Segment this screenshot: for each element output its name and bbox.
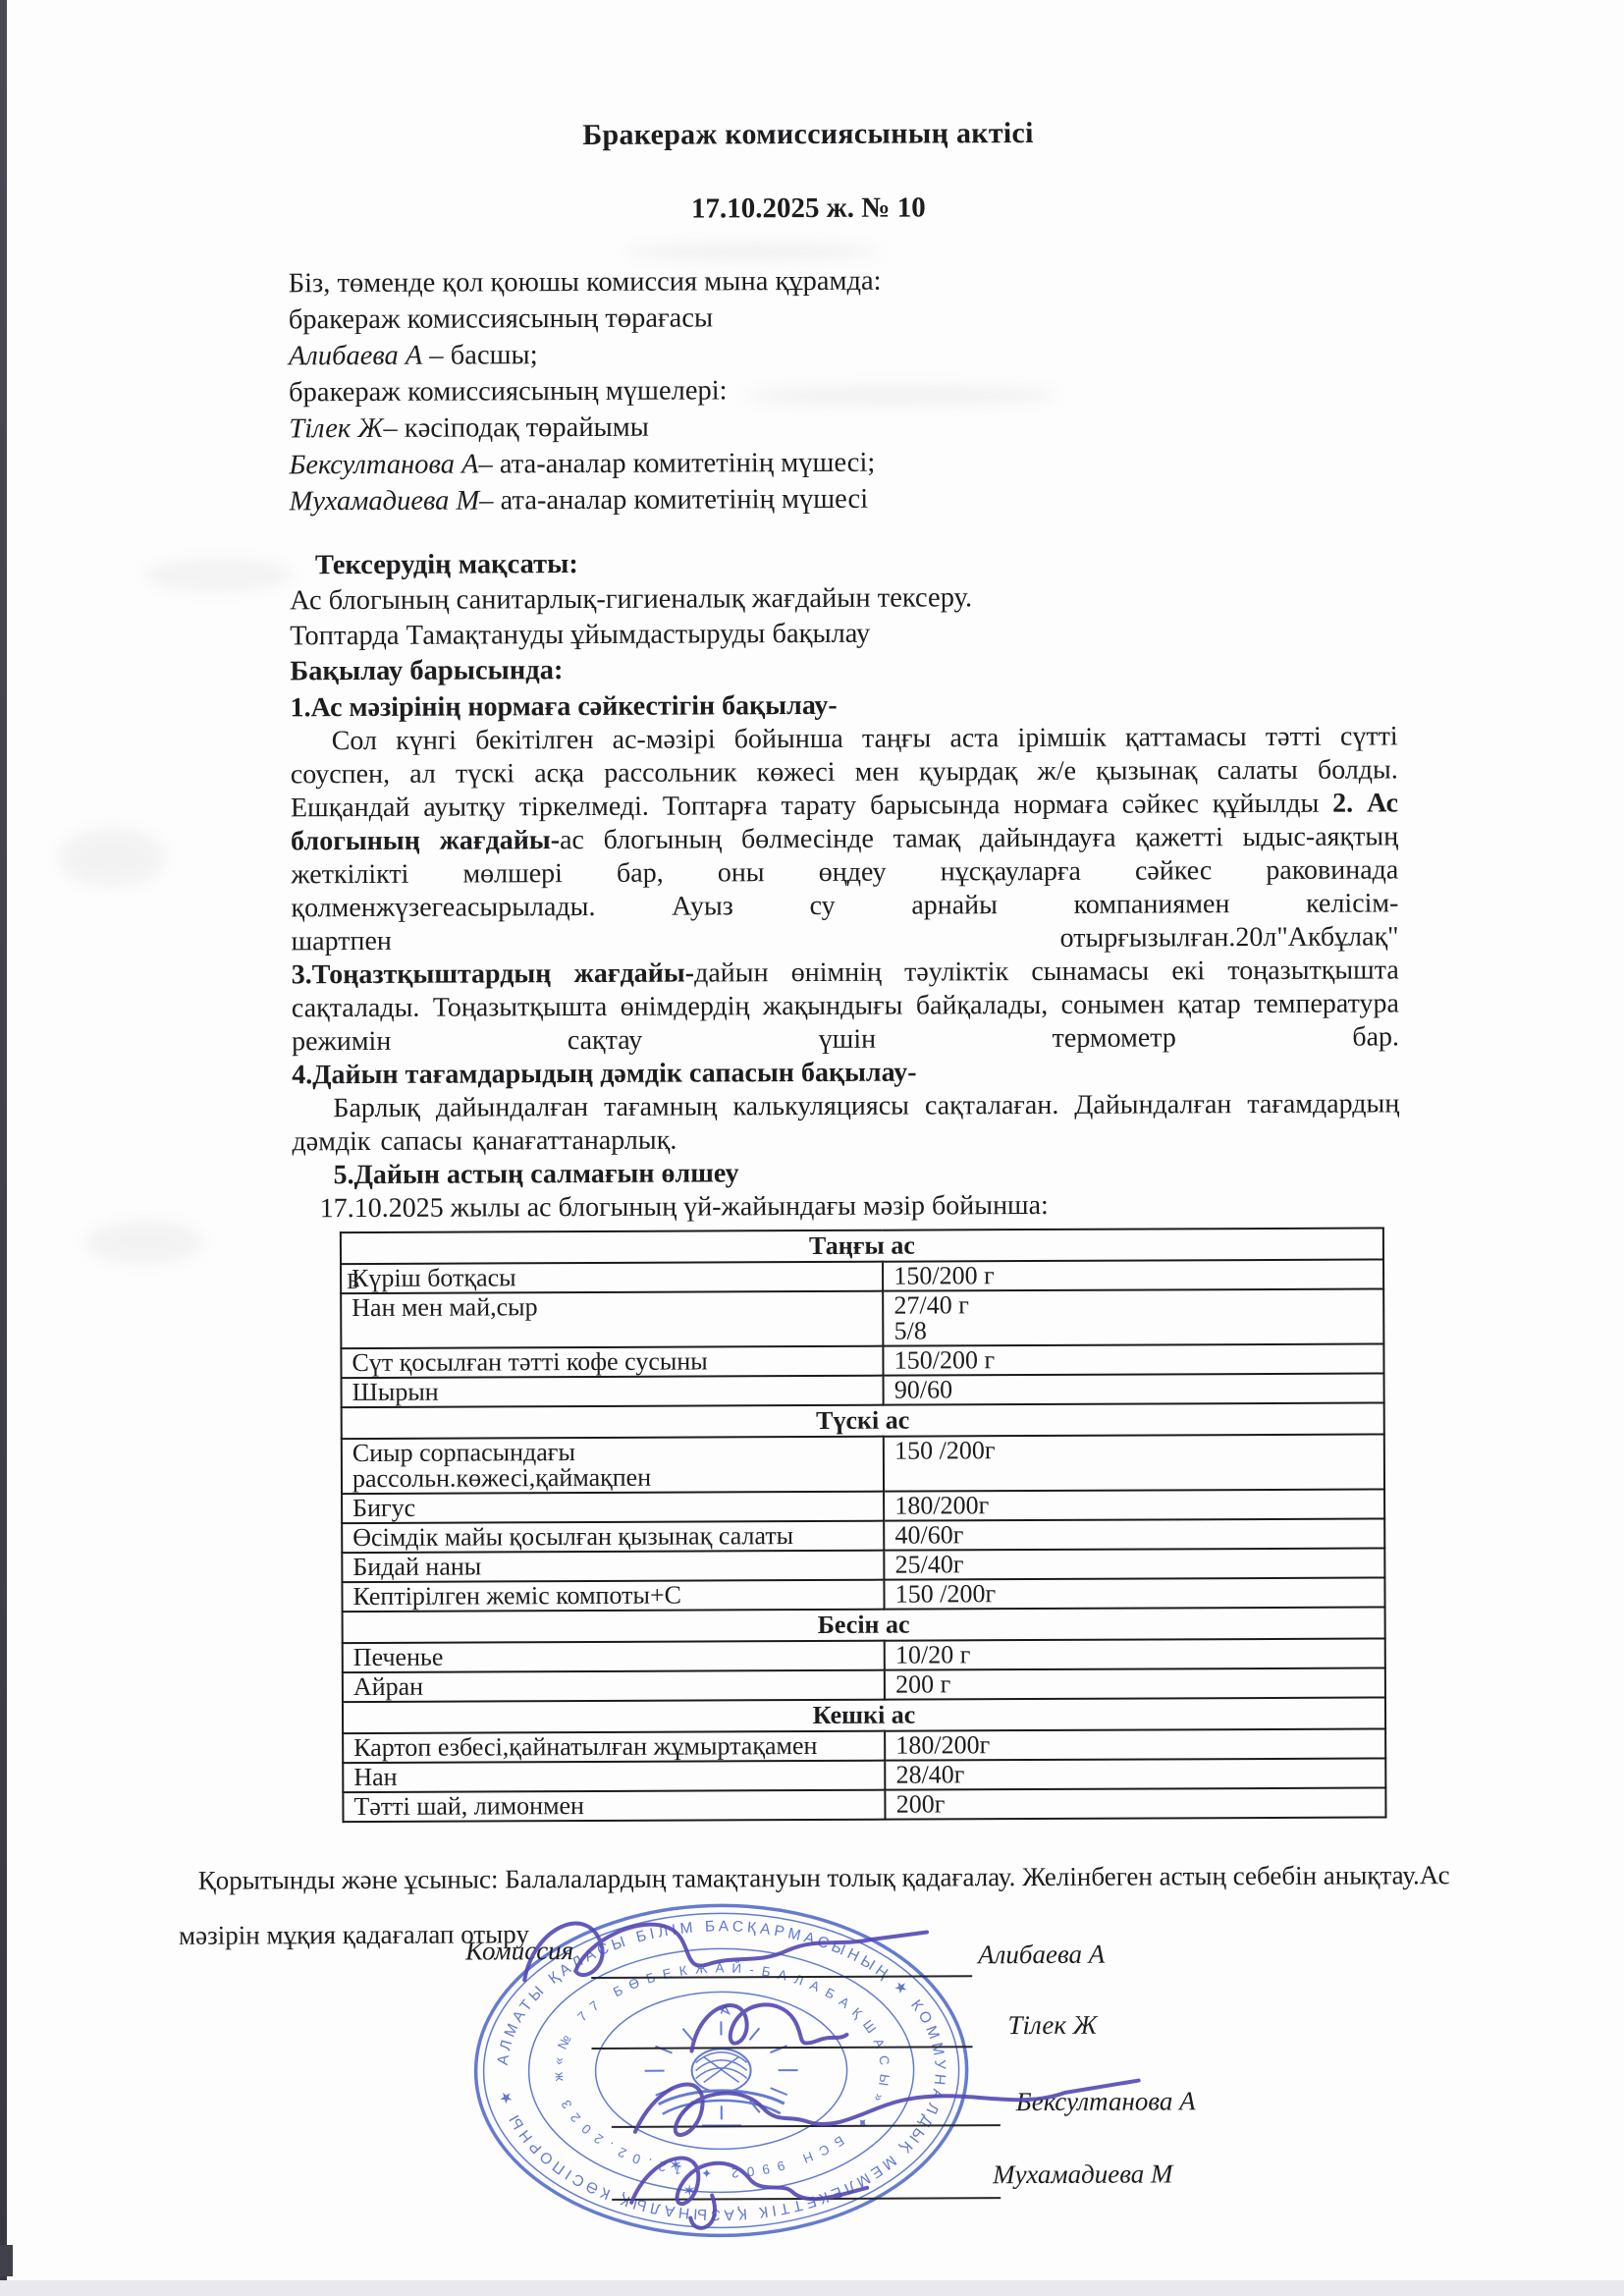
- member-role: – ата-аналар комитетінің мүшесі: [479, 484, 868, 517]
- portion-cell: 25/40г: [885, 1548, 1385, 1579]
- table-row: Сиыр сорпасындағы рассольн.көжесі,қаймақ…: [342, 1434, 1384, 1494]
- dish-cell: Айран: [343, 1670, 885, 1702]
- section-3-paragraph: 3.Тоңазтқыштардың жағдайы-дайын өнімнің …: [292, 954, 1399, 1059]
- document-title: Бракераж комиссиясының актісі: [0, 114, 1620, 154]
- section-4-heading: 4.Дайын тағамдарыдың дәмдік сапасын бақы…: [292, 1054, 1399, 1092]
- table-row: Нан28/40г: [343, 1758, 1385, 1792]
- table-row: Айран200 г: [343, 1667, 1385, 1702]
- signature-ink-4: [631, 2158, 867, 2205]
- table-row: Нан мен май,сыр27/40 г 5/8: [341, 1288, 1383, 1348]
- section-4-paragraph: Барлық дайындалған тағамның калькуляцияс…: [292, 1087, 1399, 1159]
- document-header: Бракераж комиссиясының актісі 17.10.2025…: [0, 114, 1620, 228]
- dish-cell: Өсімдік майы қосылған қызынақ салаты: [342, 1521, 884, 1553]
- table-row: Картоп езбесі,қайнатылған жұмыртақамен18…: [343, 1728, 1385, 1763]
- table-row: Кептірілген жеміс компоты+С150 /200г: [342, 1577, 1384, 1612]
- member-line: Бексултанова А– ата-аналар комитетінің м…: [289, 442, 1398, 483]
- dish-cell: Тәтті шай, лимонмен: [343, 1790, 885, 1822]
- table-row: Бидай наны25/40г: [342, 1548, 1384, 1582]
- chair-name: Алибаева А: [289, 341, 422, 372]
- table-row: Күріш ботқасы150/200 г: [341, 1259, 1383, 1293]
- portion-cell: 27/40 г 5/8: [883, 1288, 1383, 1345]
- control-heading: Бақылау барысында:: [290, 649, 1399, 689]
- member-line: Тілек Ж– кәсіподақ төрайымы: [289, 406, 1398, 447]
- dish-cell: Күріш ботқасы: [341, 1262, 883, 1293]
- chair-label: бракераж комиссиясының төрағасы: [289, 297, 1398, 338]
- commission-intro: Біз, төменде қол қоюшы комиссия мына құр…: [289, 260, 1399, 519]
- dish-cell: Сиыр сорпасындағы рассольн.көжесі,қаймақ…: [342, 1437, 884, 1494]
- member-role: – кәсіподақ төрайымы: [383, 412, 649, 444]
- menu-section-title: Кешкі ас: [343, 1697, 1385, 1733]
- menu-section-title: Бесін ас: [343, 1607, 1385, 1643]
- section-2-tail-right: отырғызылған.20л"Акбұлақ": [1060, 920, 1399, 956]
- scan-smudge: [624, 242, 880, 262]
- section-1-2-paragraph: Сол күнгі бекітілген ас-мәзірі бойынша т…: [291, 720, 1399, 925]
- purpose-line: Топтарда Тамақтануды ұйымдастыруды бақыл…: [290, 614, 1399, 654]
- members-label: бракераж комиссиясының мүшелері:: [289, 369, 1398, 410]
- portion-cell: 28/40г: [885, 1758, 1385, 1789]
- table-row: Бигус180/200г: [342, 1489, 1384, 1523]
- portion-cell: 150 /200г: [885, 1577, 1385, 1609]
- scan-smudge: [145, 558, 293, 592]
- portion-cell: 150/200 г: [883, 1259, 1383, 1290]
- document-content: Бракераж комиссиясының актісі 17.10.2025…: [0, 0, 1624, 2296]
- dish-cell: Нан: [343, 1761, 885, 1792]
- document-date-number: 17.10.2025 ж. № 10: [0, 189, 1620, 228]
- section-1-text: Сол күнгі бекітілген ас-мәзірі бойынша т…: [291, 721, 1398, 823]
- table-row: Өсімдік майы қосылған қызынақ салаты40/6…: [342, 1518, 1384, 1553]
- table-row: Шырын90/60: [342, 1373, 1384, 1407]
- chair-line: Алибаева А – басшы;: [289, 333, 1398, 374]
- member-role: – ата-аналар комитетінің мүшесі;: [478, 448, 875, 480]
- dish-cell: Кептірілген жеміс компоты+С: [342, 1580, 884, 1612]
- scan-edge-left: [0, 0, 7, 2280]
- member-name: Бексултанова А: [289, 449, 478, 480]
- menu-section-title: Таңғы ас: [341, 1228, 1383, 1264]
- menu-section-title: Түскі ас: [342, 1402, 1384, 1439]
- intro-opening: Біз, төменде қол қоюшы комиссия мына құр…: [289, 260, 1398, 301]
- portion-cell: 200г: [886, 1787, 1386, 1819]
- purpose-block: Тексерудің мақсаты: Ас блогының санитарл…: [290, 543, 1400, 689]
- chair-role: – басшы;: [422, 340, 537, 371]
- section-1-heading: 1.Ас мәзірінің нормаға сәйкестігін бақыл…: [290, 686, 1397, 725]
- dish-cell: Печенье: [343, 1641, 885, 1672]
- menu-table: Таңғы ас Күріш ботқасы150/200 г Нан мен …: [340, 1227, 1387, 1823]
- section-5-heading: 5.Дайын астың салмағын өлшеу: [293, 1154, 1400, 1192]
- purpose-line: Ас блогының санитарлық-гигиеналық жағдай…: [290, 578, 1399, 619]
- portion-cell: 40/60г: [884, 1518, 1384, 1550]
- table-row: Печенье10/20 г: [343, 1638, 1385, 1672]
- member-name: Мухамадиева М: [290, 485, 480, 517]
- dish-cell: Бидай наны: [342, 1551, 884, 1582]
- dish-cell: Нан мен май,сыр: [341, 1291, 883, 1348]
- section-2-tail-line: шартпенотырғызылған.20л"Акбұлақ": [292, 920, 1399, 958]
- dish-cell: Сүт қосылған тәтті кофе сусыны: [341, 1346, 883, 1378]
- scan-stray-letter: Б: [347, 1269, 359, 1294]
- table-row: Тәтті шай, лимонмен200г: [343, 1787, 1385, 1822]
- handwritten-signatures: [377, 1884, 1263, 2241]
- portion-cell: 90/60: [884, 1373, 1384, 1404]
- scan-smudge: [85, 1221, 203, 1265]
- portion-cell: 150 /200г: [884, 1434, 1384, 1491]
- scan-edge-mark: [0, 2245, 13, 2276]
- portion-cell: 10/20 г: [885, 1638, 1385, 1669]
- section-2-tail-left: шартпен: [292, 925, 392, 958]
- member-name: Тілек Ж: [289, 413, 383, 444]
- portion-cell: 150/200 г: [884, 1343, 1384, 1375]
- section-3-heading: 3.Тоңазтқыштардың жағдайы-: [292, 958, 694, 991]
- dish-cell: Шырын: [342, 1376, 884, 1407]
- member-line: Мухамадиева М– ата-аналар комитетінің мү…: [290, 478, 1399, 519]
- purpose-heading: Тексерудің мақсаты:: [290, 543, 1399, 583]
- portion-cell: 180/200г: [884, 1489, 1384, 1520]
- signature-ink-1: [524, 1922, 927, 1980]
- signature-ink-2: [691, 2004, 846, 2050]
- portion-cell: 180/200г: [885, 1728, 1385, 1760]
- scan-edge-bottom: [0, 2280, 1624, 2296]
- table-row: Сүт қосылған тәтті кофе сусыны150/200 г: [341, 1343, 1383, 1378]
- dish-cell: Бигус: [342, 1492, 884, 1523]
- sections-block: 1.Ас мәзірінің нормаға сәйкестігін бақыл…: [290, 686, 1399, 1226]
- portion-cell: 200 г: [885, 1667, 1385, 1699]
- signature-ink-3: [635, 2081, 1139, 2136]
- dish-cell: Картоп езбесі,қайнатылған жұмыртақамен: [343, 1731, 885, 1763]
- section-5-intro: 17.10.2025 жылы ас блогының үй-жайындағы…: [293, 1187, 1400, 1226]
- signature-ink-4-loop: [690, 2195, 715, 2227]
- scan-smudge: [58, 828, 166, 887]
- scanned-document-page: Бракераж комиссиясының актісі 17.10.2025…: [0, 0, 1624, 2296]
